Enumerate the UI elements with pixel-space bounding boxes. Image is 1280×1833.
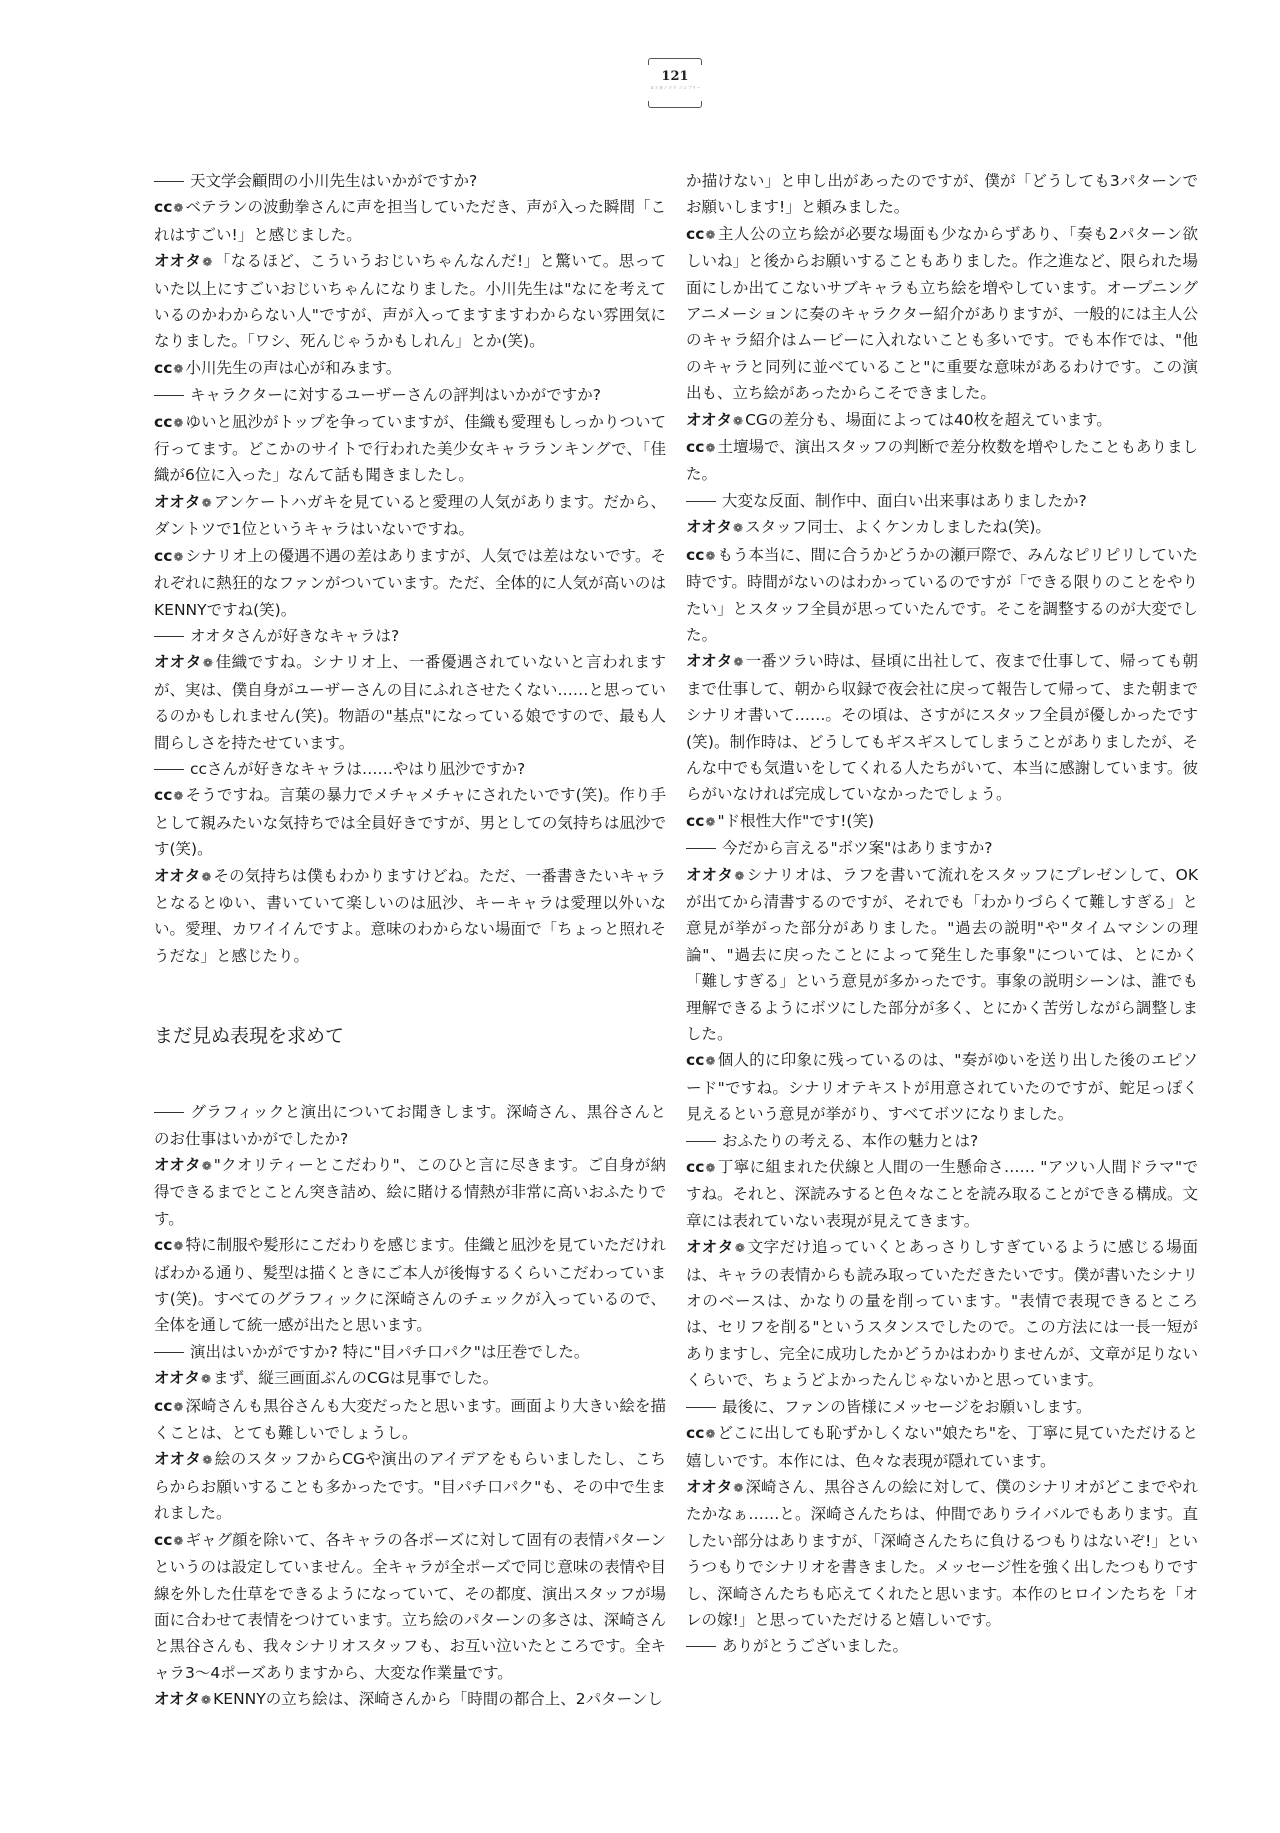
- paragraph-text: 特に制服や髪形にこだわりを感じます。佳織と凪沙を見ていただければわかる通り、髪型…: [154, 1236, 666, 1334]
- paragraph-text: CGの差分も、場面によっては40枚を超えています。: [745, 411, 1112, 429]
- speaker-answer: cc❁ギャグ顔を除いて、各キャラの各ポーズに対して固有の表情パターンというのは設…: [154, 1527, 666, 1686]
- paragraph-text: どこに出しても恥ずかしくない"娘たち"を、丁寧に見ていただけると嬉しいです。本作…: [686, 1424, 1198, 1469]
- folio-subtitle: ヨスガノソラ コンプリートガイド: [650, 85, 700, 90]
- speaker-name: オオタ: [154, 653, 202, 671]
- speaker-name: オオタ: [686, 866, 733, 884]
- speaker-name: cc: [154, 547, 172, 565]
- interviewer-question: 最後に、ファンの皆様にメッセージをお願いします。: [686, 1394, 1198, 1420]
- speaker-name: オオタ: [154, 1450, 201, 1468]
- flower-mark-icon: ❁: [705, 549, 715, 563]
- flower-mark-icon: ❁: [733, 521, 743, 535]
- paragraph-text: ベテランの波動拳さんに声を担当していただき、声が入った瞬間「これはすごい!」と感…: [154, 198, 666, 243]
- flower-mark-icon: ❁: [705, 1161, 715, 1175]
- speaker-name: オオタ: [154, 252, 201, 270]
- paragraph-text: 文字だけ追っていくとあっさりしすぎているように感じる場面は、キャラの表情からも読…: [686, 1238, 1198, 1389]
- question-dash: [154, 1352, 184, 1353]
- speaker-answer: cc❁深崎さんも黒谷さんも大変だったと思います。画面より大きい絵を描くことは、と…: [154, 1393, 666, 1447]
- flower-mark-icon: ❁: [173, 1534, 183, 1548]
- speaker-answer: cc❁特に制服や髪形にこだわりを感じます。佳織と凪沙を見ていただければわかる通り…: [154, 1232, 666, 1339]
- paragraph-text: か描けない」と申し出があったのですが、僕が「どうしても3パターンでお願いします!…: [686, 172, 1198, 216]
- flower-mark-icon: ❁: [705, 441, 715, 455]
- speaker-name: cc: [686, 1051, 704, 1069]
- flower-mark-icon: ❁: [202, 1453, 212, 1467]
- speaker-answer: cc❁もう本当に、間に合うかどうかの瀬戸際で、みんなピリピリしていた時です。時間…: [686, 542, 1198, 649]
- paragraph-text: スタッフ同士、よくケンカしましたね(笑)。: [745, 518, 1051, 536]
- question-dash: [154, 181, 184, 182]
- speaker-answer: cc❁丁寧に組まれた伏線と人間の一生懸命さ…… "アツい人間ドラマ"ですね。それ…: [686, 1154, 1198, 1234]
- speaker-name: cc: [154, 413, 172, 431]
- speaker-answer: cc❁どこに出しても恥ずかしくない"娘たち"を、丁寧に見ていただけると嬉しいです…: [686, 1420, 1198, 1474]
- paragraph-text: ギャグ顔を除いて、各キャラの各ポーズに対して固有の表情パターンというのは設定して…: [154, 1531, 666, 1682]
- speaker-name: オオタ: [154, 1156, 201, 1174]
- flower-mark-icon: ❁: [733, 414, 743, 428]
- question-dash: [686, 501, 716, 502]
- interview-blocks-part3: か描けない」と申し出があったのですが、僕が「どうしても3パターンでお願いします!…: [686, 168, 1198, 1660]
- interviewer-question: 演出はいかがですか? 特に"目パチ口パク"は圧巻でした。: [154, 1339, 666, 1365]
- paragraph-text: グラフィックと演出についてお聞きします。深崎さん、黒谷さんとのお仕事はいかがでし…: [154, 1103, 666, 1147]
- speaker-answer: cc❁そうですね。言葉の暴力でメチャメチャにされたいです(笑)。作り手として親み…: [154, 782, 666, 862]
- interviewer-question: 天文学会顧問の小川先生はいかがですか?: [154, 168, 666, 194]
- paragraph-text: ありがとうございました。: [722, 1637, 908, 1655]
- question-dash: [686, 848, 716, 849]
- paragraph-text: おふたりの考える、本作の魅力とは?: [722, 1132, 978, 1150]
- flower-mark-icon: ❁: [202, 496, 212, 510]
- speaker-name: cc: [686, 1158, 704, 1176]
- speaker-answer: cc❁"ド根性大作"です!(笑): [686, 808, 1198, 835]
- page-folio: 121 ヨスガノソラ コンプリートガイド: [648, 58, 702, 108]
- question-dash: [686, 1646, 716, 1647]
- speaker-answer: オオタ❁KENNYの立ち絵は、深崎さんから「時間の都合上、2パターンし: [154, 1686, 666, 1713]
- speaker-answer: オオタ❁"クオリティーとこだわり"、このひと言に尽きます。ご自身が納得できるまで…: [154, 1152, 666, 1232]
- speaker-answer: オオタ❁文字だけ追っていくとあっさりしすぎているように感じる場面は、キャラの表情…: [686, 1234, 1198, 1393]
- flower-mark-icon: ❁: [735, 1241, 745, 1255]
- speaker-answer: cc❁小川先生の声は心が和みます。: [154, 355, 666, 382]
- speaker-answer: オオタ❁一番ツラい時は、昼頃に出社して、夜まで仕事して、帰っても朝まで仕事して、…: [686, 648, 1198, 807]
- speaker-name: オオタ: [154, 493, 201, 511]
- left-column: 天文学会顧問の小川先生はいかがですか?cc❁ベテランの波動拳さんに声を担当してい…: [154, 168, 666, 1714]
- interviewer-question: キャラクターに対するユーザーさんの評判はいかがですか?: [154, 382, 666, 408]
- speaker-answer: オオタ❁アンケートハガキを見ていると愛理の人気があります。だから、ダントツで1位…: [154, 489, 666, 543]
- flower-mark-icon: ❁: [201, 1693, 211, 1707]
- speaker-answer: オオタ❁絵のスタッフからCGや演出のアイデアをもらいましたし、こちらからお願いす…: [154, 1446, 666, 1526]
- speaker-name: オオタ: [154, 1369, 200, 1387]
- question-dash: [154, 395, 184, 396]
- speaker-name: cc: [686, 438, 704, 456]
- paragraph-text: 天文学会顧問の小川先生はいかがですか?: [190, 172, 477, 190]
- paragraph-text: 演出はいかがですか? 特に"目パチ口パク"は圧巻でした。: [190, 1343, 589, 1361]
- interviewer-question: ありがとうございました。: [686, 1633, 1198, 1659]
- flower-mark-icon: ❁: [705, 815, 715, 829]
- speaker-answer: cc❁個人的に印象に残っているのは、"奏がゆいを送り出した後のエピソード"ですね…: [686, 1047, 1198, 1127]
- speaker-name: オオタ: [154, 1690, 200, 1708]
- flower-mark-icon: ❁: [173, 201, 183, 215]
- speaker-answer: オオタ❁まず、縦三画面ぶんのCGは見事でした。: [154, 1365, 666, 1392]
- speaker-name: cc: [154, 786, 172, 804]
- question-dash: [154, 1112, 184, 1113]
- question-dash: [154, 636, 184, 637]
- paragraph-text: 丁寧に組まれた伏線と人間の一生懸命さ…… "アツい人間ドラマ"ですね。それと、深…: [686, 1158, 1198, 1230]
- speaker-answer: cc❁シナリオ上の優遇不遇の差はありますが、人気では差はないです。それぞれに熱狂…: [154, 543, 666, 623]
- interviewer-question: オオタさんが好きなキャラは?: [154, 623, 666, 649]
- paragraph-text: "クオリティーとこだわり"、このひと言に尽きます。ご自身が納得できるまでとことん…: [154, 1156, 666, 1228]
- flower-mark-icon: ❁: [705, 1054, 715, 1068]
- speaker-name: オオタ: [686, 1238, 734, 1256]
- speaker-answer: cc❁主人公の立ち絵が必要な場面も少なからずあり、「奏も2パターン欲しいね」と後…: [686, 221, 1198, 407]
- paragraph-text: シナリオは、ラフを書いて流れをスタッフにプレゼンして、OKが出てから清書するので…: [686, 866, 1198, 1043]
- speaker-name: オオタ: [686, 411, 732, 429]
- paragraph-text: シナリオ上の優遇不遇の差はありますが、人気では差はないです。それぞれに熱狂的なフ…: [154, 547, 666, 619]
- flower-mark-icon: ❁: [203, 656, 213, 670]
- speaker-answer: オオタ❁シナリオは、ラフを書いて流れをスタッフにプレゼンして、OKが出てから清書…: [686, 862, 1198, 1048]
- interview-blocks-part1: 天文学会顧問の小川先生はいかがですか?cc❁ベテランの波動拳さんに声を担当してい…: [154, 168, 666, 969]
- speaker-answer: オオタ❁「なるほど、こういうおじいちゃんなんだ!」と驚いて。思っていた以上にすご…: [154, 248, 666, 355]
- paragraph-text: 個人的に印象に残っているのは、"奏がゆいを送り出した後のエピソード"ですね。シナ…: [686, 1051, 1198, 1123]
- flower-mark-icon: ❁: [173, 416, 183, 430]
- paragraph-text: アンケートハガキを見ていると愛理の人気があります。だから、ダントツで1位というキ…: [154, 493, 666, 538]
- flower-mark-icon: ❁: [173, 1239, 183, 1253]
- paragraph-text: 一番ツラい時は、昼頃に出社して、夜まで仕事して、帰っても朝まで仕事して、朝から収…: [686, 652, 1198, 803]
- right-column: か描けない」と申し出があったのですが、僕が「どうしても3パターンでお願いします!…: [686, 168, 1198, 1660]
- flower-mark-icon: ❁: [173, 550, 183, 564]
- question-dash: [154, 769, 184, 770]
- paragraph-text: "ド根性大作"です!(笑): [717, 812, 874, 830]
- flower-mark-icon: ❁: [173, 1400, 183, 1414]
- paragraph-text: 大変な反面、制作中、面白い出来事はありましたか?: [722, 492, 1087, 510]
- speaker-name: オオタ: [686, 518, 732, 536]
- interview-blocks-part2: グラフィックと演出についてお聞きします。深崎さん、黒谷さんとのお仕事はいかがでし…: [154, 1099, 666, 1713]
- speaker-name: cc: [154, 359, 172, 377]
- paragraph-text: 深崎さん、黒谷さんの絵に対して、僕のシナリオがどこまでやれたかなぁ……と。深崎さ…: [686, 1478, 1198, 1629]
- paragraph-text: 絵のスタッフからCGや演出のアイデアをもらいましたし、こちらからお願いすることも…: [154, 1450, 666, 1522]
- speaker-name: cc: [686, 1424, 704, 1442]
- paragraph-text: ゆいと凪沙がトップを争っていますが、佳織も愛理もしっかりついて行ってます。どこか…: [154, 413, 666, 485]
- interviewer-question: 大変な反面、制作中、面白い出来事はありましたか?: [686, 488, 1198, 514]
- flower-mark-icon: ❁: [734, 869, 744, 883]
- flower-mark-icon: ❁: [705, 1427, 715, 1441]
- flower-mark-icon: ❁: [201, 1372, 211, 1386]
- paragraph-text: 深崎さんも黒谷さんも大変だったと思います。画面より大きい絵を描くことは、とても難…: [154, 1397, 666, 1442]
- flower-mark-icon: ❁: [173, 789, 183, 803]
- continued-paragraph: か描けない」と申し出があったのですが、僕が「どうしても3パターンでお願いします!…: [686, 168, 1198, 221]
- speaker-answer: オオタ❁深崎さん、黒谷さんの絵に対して、僕のシナリオがどこまでやれたかなぁ……と…: [686, 1474, 1198, 1633]
- paragraph-text: KENNYの立ち絵は、深崎さんから「時間の都合上、2パターンし: [213, 1690, 663, 1708]
- paragraph-text: オオタさんが好きなキャラは?: [190, 627, 399, 645]
- question-dash: [686, 1407, 716, 1408]
- speaker-answer: オオタ❁佳織ですね。シナリオ上、一番優遇されていないと言われますが、実は、僕自身…: [154, 649, 666, 756]
- interviewer-question: グラフィックと演出についてお聞きします。深崎さん、黒谷さんとのお仕事はいかがでし…: [154, 1099, 666, 1152]
- speaker-answer: オオタ❁CGの差分も、場面によっては40枚を超えています。: [686, 407, 1198, 434]
- speaker-answer: cc❁土壇場で、演出スタッフの判断で差分枚数を増やしたこともありました。: [686, 434, 1198, 488]
- speaker-answer: cc❁ゆいと凪沙がトップを争っていますが、佳織も愛理もしっかりついて行ってます。…: [154, 409, 666, 489]
- paragraph-text: 最後に、ファンの皆様にメッセージをお願いします。: [722, 1398, 1092, 1416]
- flower-mark-icon: ❁: [733, 655, 743, 669]
- interviewer-question: 今だから言える"ボツ案"はありますか?: [686, 835, 1198, 861]
- paragraph-text: その気持ちは僕もわかりますけどね。ただ、一番書きたいキャラとなるとゆい、書いてい…: [154, 867, 666, 965]
- folio-bracket-top: [648, 58, 702, 65]
- speaker-name: cc: [154, 198, 172, 216]
- speaker-answer: cc❁ベテランの波動拳さんに声を担当していただき、声が入った瞬間「これはすごい!…: [154, 194, 666, 248]
- folio-bracket-bottom: [648, 101, 702, 108]
- speaker-name: オオタ: [686, 1478, 732, 1496]
- flower-mark-icon: ❁: [733, 1481, 743, 1495]
- flower-mark-icon: ❁: [201, 870, 211, 884]
- speaker-name: cc: [154, 1397, 172, 1415]
- speaker-name: cc: [686, 225, 704, 243]
- paragraph-text: 今だから言える"ボツ案"はありますか?: [722, 839, 993, 857]
- paragraph-text: まず、縦三画面ぶんのCGは見事でした。: [213, 1369, 498, 1387]
- speaker-answer: オオタ❁スタッフ同士、よくケンカしましたね(笑)。: [686, 514, 1198, 541]
- paragraph-text: もう本当に、間に合うかどうかの瀬戸際で、みんなピリピリしていた時です。時間がない…: [686, 546, 1198, 644]
- speaker-name: オオタ: [686, 652, 732, 670]
- section-heading: まだ見ぬ表現を求めて: [154, 1023, 666, 1049]
- paragraph-text: ccさんが好きなキャラは……やはり凪沙ですか?: [190, 760, 525, 778]
- interviewer-question: おふたりの考える、本作の魅力とは?: [686, 1128, 1198, 1154]
- page-number: 121: [648, 70, 702, 84]
- paragraph-text: 佳織ですね。シナリオ上、一番優遇されていないと言われますが、実は、僕自身がユーザ…: [154, 653, 666, 751]
- flower-mark-icon: ❁: [202, 255, 212, 269]
- speaker-answer: オオタ❁その気持ちは僕もわかりますけどね。ただ、一番書きたいキャラとなるとゆい、…: [154, 863, 666, 970]
- paragraph-text: 小川先生の声は心が和みます。: [185, 359, 401, 377]
- flower-mark-icon: ❁: [705, 228, 715, 242]
- speaker-name: cc: [154, 1531, 172, 1549]
- flower-mark-icon: ❁: [173, 362, 183, 376]
- question-dash: [686, 1141, 716, 1142]
- speaker-name: オオタ: [154, 867, 200, 885]
- speaker-name: cc: [686, 546, 704, 564]
- speaker-name: cc: [686, 812, 704, 830]
- paragraph-text: そうですね。言葉の暴力でメチャメチャにされたいです(笑)。作り手として親みたいな…: [154, 786, 666, 858]
- paragraph-text: キャラクターに対するユーザーさんの評判はいかがですか?: [190, 386, 601, 404]
- flower-mark-icon: ❁: [202, 1159, 212, 1173]
- paragraph-text: 土壇場で、演出スタッフの判断で差分枚数を増やしたこともありました。: [686, 438, 1198, 483]
- paragraph-text: 「なるほど、こういうおじいちゃんなんだ!」と驚いて。思っていた以上にすごいおじい…: [154, 252, 666, 350]
- speaker-name: cc: [154, 1236, 172, 1254]
- interviewer-question: ccさんが好きなキャラは……やはり凪沙ですか?: [154, 756, 666, 782]
- paragraph-text: 主人公の立ち絵が必要な場面も少なからずあり、「奏も2パターン欲しいね」と後からお…: [686, 225, 1198, 402]
